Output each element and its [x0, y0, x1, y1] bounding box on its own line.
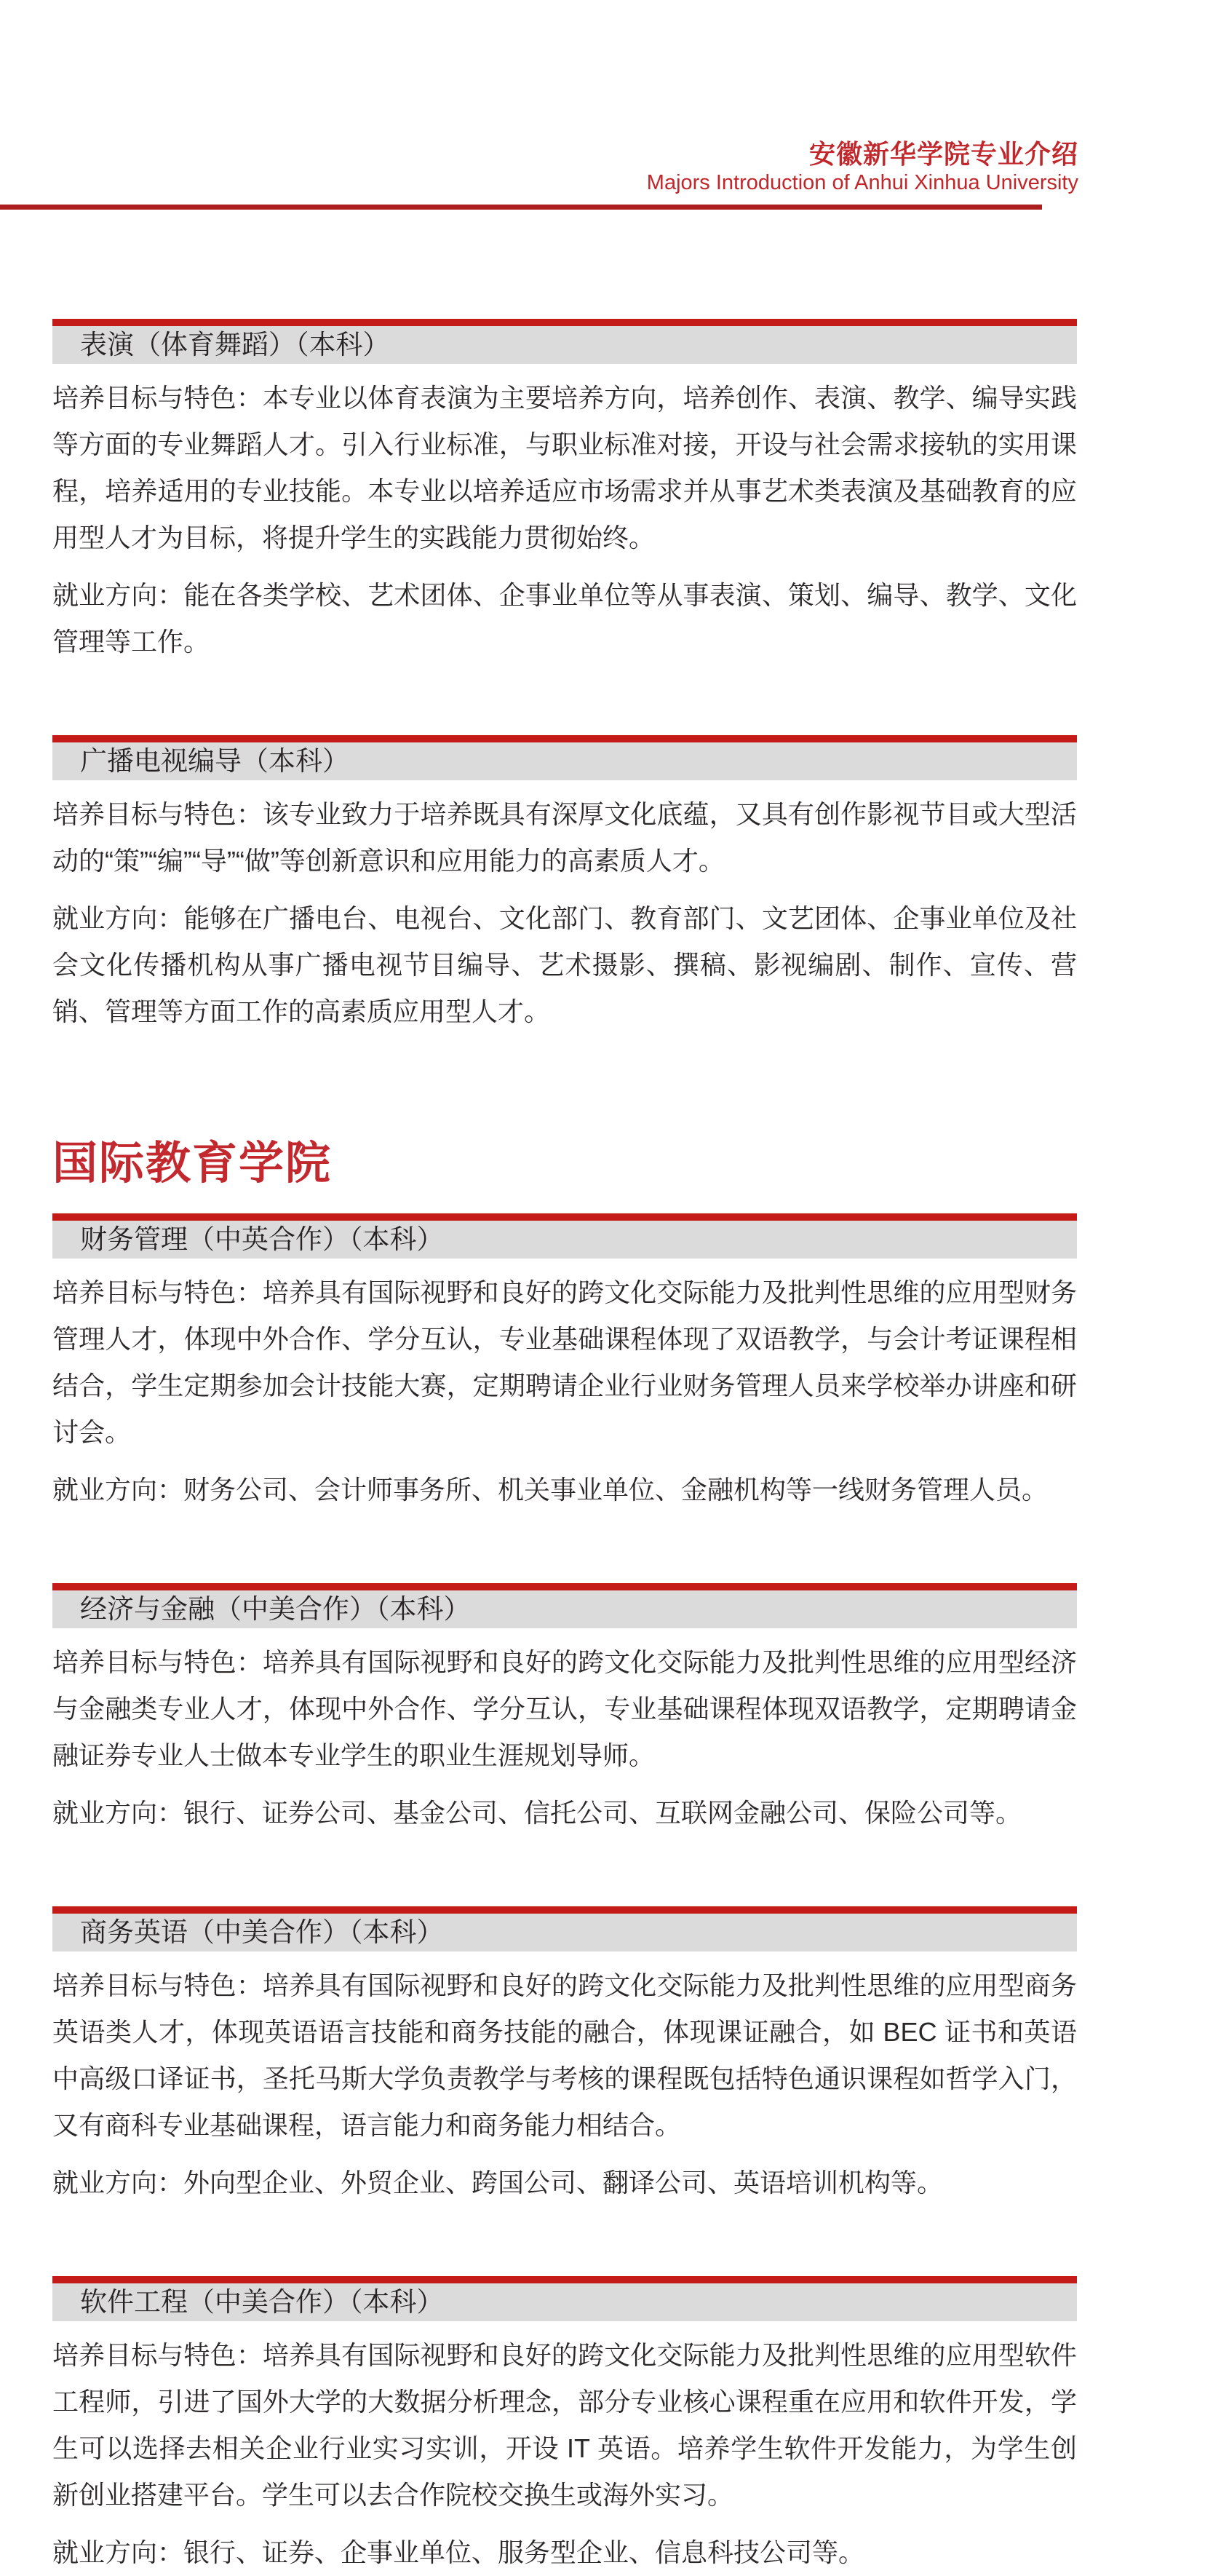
training-goals-paragraph: 培养目标与特色：本专业以体育表演为主要培养方向，培养创作、表演、教学、编导实践等… [52, 375, 1077, 561]
employment-direction-paragraph: 就业方向：能够在广播电台、电视台、文化部门、教育部门、文艺团体、企事业单位及社会… [52, 895, 1077, 1035]
section-title: 表演（体育舞蹈）（本科） [52, 326, 1077, 364]
training-goals-paragraph: 培养目标与特色：培养具有国际视野和良好的跨文化交际能力及批判性思维的应用型商务英… [52, 1962, 1077, 2149]
page-header: 安徽新华学院专业介绍 Majors Introduction of Anhui … [0, 0, 1229, 210]
section-title: 财务管理（中英合作）（本科） [52, 1221, 1077, 1259]
college-heading-international-education: 国际教育学院 [52, 1127, 1077, 1192]
section-titlebar: 财务管理（中英合作）（本科） [52, 1213, 1077, 1259]
section-title: 广播电视编导（本科） [52, 742, 1077, 780]
section-title: 经济与金融（中美合作）（本科） [52, 1590, 1077, 1628]
document-page: 安徽新华学院专业介绍 Majors Introduction of Anhui … [0, 0, 1229, 2576]
major-section-radio-tv-directing: 广播电视编导（本科） 培养目标与特色：该专业致力于培养既具有深厚文化底蕴，又具有… [52, 735, 1077, 1035]
major-section-financial-management: 财务管理（中英合作）（本科） 培养目标与特色：培养具有国际视野和良好的跨文化交际… [52, 1213, 1077, 1513]
major-section-business-english: 商务英语（中美合作）（本科） 培养目标与特色：培养具有国际视野和良好的跨文化交际… [52, 1906, 1077, 2206]
section-title: 商务英语（中美合作）（本科） [52, 1914, 1077, 1951]
section-titlebar: 广播电视编导（本科） [52, 735, 1077, 780]
training-goals-paragraph: 培养目标与特色：培养具有国际视野和良好的跨文化交际能力及批判性思维的应用型软件工… [52, 2332, 1077, 2518]
employment-direction-paragraph: 就业方向：能在各类学校、艺术团体、企事业单位等从事表演、策划、编导、教学、文化管… [52, 572, 1077, 665]
training-goals-paragraph: 培养目标与特色：培养具有国际视野和良好的跨文化交际能力及批判性思维的应用型财务管… [52, 1269, 1077, 1456]
section-title: 软件工程（中美合作）（本科） [52, 2283, 1077, 2321]
section-titlebar: 商务英语（中美合作）（本科） [52, 1906, 1077, 1951]
major-section-software-engineering: 软件工程（中美合作）（本科） 培养目标与特色：培养具有国际视野和良好的跨文化交际… [52, 2276, 1077, 2576]
content-area: 表演（体育舞蹈）（本科） 培养目标与特色：本专业以体育表演为主要培养方向，培养创… [52, 319, 1077, 2576]
section-titlebar: 表演（体育舞蹈）（本科） [52, 319, 1077, 364]
section-titlebar: 软件工程（中美合作）（本科） [52, 2276, 1077, 2321]
employment-direction-paragraph: 就业方向：银行、证券公司、基金公司、信托公司、互联网金融公司、保险公司等。 [52, 1790, 1077, 1836]
employment-direction-paragraph: 就业方向：财务公司、会计师事务所、机关事业单位、金融机构等一线财务管理人员。 [52, 1467, 1077, 1513]
training-goals-paragraph: 培养目标与特色：培养具有国际视野和良好的跨文化交际能力及批判性思维的应用型经济与… [52, 1639, 1077, 1779]
major-section-performance-dance: 表演（体育舞蹈）（本科） 培养目标与特色：本专业以体育表演为主要培养方向，培养创… [52, 319, 1077, 665]
employment-direction-paragraph: 就业方向：银行、证券、企事业单位、服务型企业、信息科技公司等。 [52, 2529, 1077, 2576]
major-section-economics-finance: 经济与金融（中美合作）（本科） 培养目标与特色：培养具有国际视野和良好的跨文化交… [52, 1583, 1077, 1836]
training-goals-paragraph: 培养目标与特色：该专业致力于培养既具有深厚文化底蕴，又具有创作影视节目或大型活动… [52, 791, 1077, 884]
section-titlebar: 经济与金融（中美合作）（本科） [52, 1583, 1077, 1628]
page-title-chinese: 安徽新华学院专业介绍 [0, 140, 1078, 169]
header-rule-line [0, 205, 1042, 210]
page-header-text: 安徽新华学院专业介绍 Majors Introduction of Anhui … [0, 140, 1078, 194]
page-title-english: Majors Introduction of Anhui Xinhua Univ… [0, 172, 1078, 195]
employment-direction-paragraph: 就业方向：外向型企业、外贸企业、跨国公司、翻译公司、英语培训机构等。 [52, 2160, 1077, 2206]
